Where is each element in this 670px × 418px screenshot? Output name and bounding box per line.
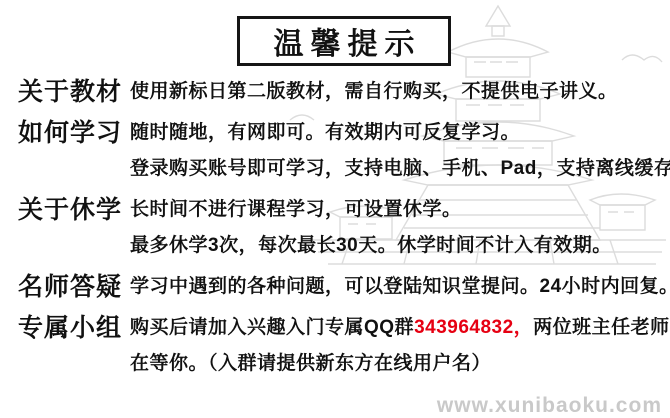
section-line: 使用新标日第二版教材，需自行购买，不提供电子讲义。 [130, 74, 666, 110]
section-lines: 随时随地，有网即可。有效期内可反复学习。登录购买账号即可学习，支持电脑、手机、P… [130, 115, 670, 187]
section-heading: 关于休学 [18, 192, 130, 228]
section: 如何学习随时随地，有网即可。有效期内可反复学习。登录购买账号即可学习，支持电脑、… [18, 115, 666, 187]
title-box: 温馨提示 [237, 16, 451, 66]
section-text-segment: 最多休学3次，每次最长30天。休学时间不计入有效期。 [130, 235, 612, 256]
section-line: 购买后请加入兴趣入门专属QQ群343964832，两位班主任老师 [130, 310, 670, 346]
section-heading: 名师答疑 [18, 269, 130, 305]
section-line: 学习中遇到的各种问题，可以登陆知识堂提问。24小时内回复。 [130, 269, 670, 305]
section-text-segment: 两位班主任老师 [533, 317, 670, 338]
section-heading: 关于教材 [18, 74, 130, 110]
section-line: 在等你。（入群请提供新东方在线用户名） [130, 346, 670, 382]
section: 关于教材使用新标日第二版教材，需自行购买，不提供电子讲义。 [18, 74, 666, 110]
section: 关于休学长时间不进行课程学习，可设置休学。最多休学3次，每次最长30天。休学时间… [18, 192, 666, 264]
section-lines: 购买后请加入兴趣入门专属QQ群343964832，两位班主任老师在等你。（入群请… [130, 310, 670, 382]
watermark: www.xunibaoku.com [437, 394, 662, 418]
section-line: 随时随地，有网即可。有效期内可反复学习。 [130, 115, 670, 151]
section-line: 最多休学3次，每次最长30天。休学时间不计入有效期。 [130, 228, 666, 264]
section-text-segment: 长时间不进行课程学习，可设置休学。 [130, 199, 462, 220]
section-line: 长时间不进行课程学习，可设置休学。 [130, 192, 666, 228]
section-text-segment: 随时随地，有网即可。有效期内可反复学习。 [130, 122, 520, 143]
section-lines: 使用新标日第二版教材，需自行购买，不提供电子讲义。 [130, 74, 666, 110]
section: 专属小组购买后请加入兴趣入门专属QQ群343964832，两位班主任老师在等你。… [18, 310, 666, 382]
section-lines: 学习中遇到的各种问题，可以登陆知识堂提问。24小时内回复。 [130, 269, 670, 305]
section: 名师答疑学习中遇到的各种问题，可以登陆知识堂提问。24小时内回复。 [18, 269, 666, 305]
section-line: 登录购买账号即可学习，支持电脑、手机、Pad，支持离线缓存。 [130, 151, 670, 187]
section-text-segment: 登录购买账号即可学习，支持电脑、手机、Pad，支持离线缓存。 [130, 158, 670, 179]
section-text-segment: 使用新标日第二版教材，需自行购买，不提供电子讲义。 [130, 81, 618, 102]
section-text-segment: 在等你。（入群请提供新东方在线用户名） [130, 353, 491, 374]
tips-list: 关于教材使用新标日第二版教材，需自行购买，不提供电子讲义。如何学习随时随地，有网… [18, 74, 666, 387]
section-heading: 专属小组 [18, 310, 130, 346]
page-title: 温馨提示 [267, 19, 422, 63]
qq-group-number: 343964832， [414, 317, 533, 338]
section-heading: 如何学习 [18, 115, 130, 151]
section-lines: 长时间不进行课程学习，可设置休学。最多休学3次，每次最长30天。休学时间不计入有… [130, 192, 666, 264]
section-text-segment: 购买后请加入兴趣入门专属QQ群 [130, 317, 414, 338]
section-text-segment: 学习中遇到的各种问题，可以登陆知识堂提问。24小时内回复。 [130, 276, 670, 297]
